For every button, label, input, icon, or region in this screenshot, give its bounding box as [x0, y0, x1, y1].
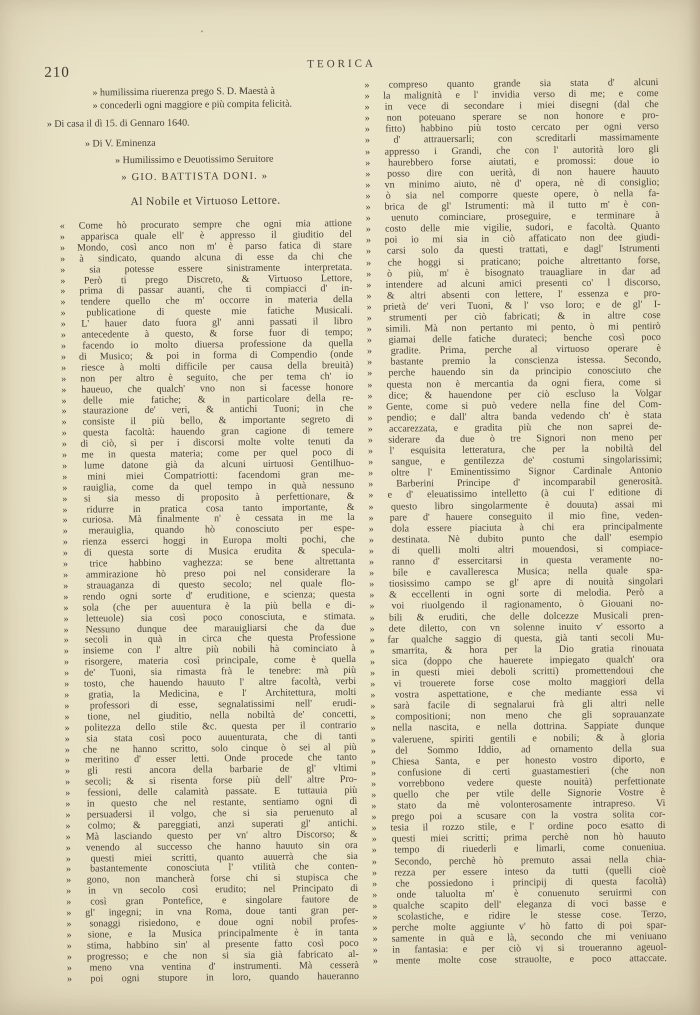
page-number: 210 [44, 65, 70, 82]
book-page-scan: 210 TEORICA » humilissima riuerenza preg… [0, 0, 700, 1015]
letter-closing: » humilissima riuerenza prego S. D. Maes… [58, 84, 351, 185]
paper-speck [239, 89, 242, 92]
text-line: » mente molte cose strauolte, e poco att… [373, 953, 667, 967]
section-heading: Al Nobile et Virtuoso Lettore. [59, 194, 351, 209]
page-content: 210 TEORICA » humilissima riuerenza preg… [0, 0, 700, 1015]
dateline: » Di casa il dì 15. di Gennaro 1640. [47, 115, 351, 131]
running-head: TEORICA [307, 58, 376, 71]
left-column-text: « Come hò procurato sempre che ogni mia … [60, 219, 359, 985]
paper-speck [201, 30, 203, 32]
text-line: » poi ogni stupore in loro, quando hauer… [67, 971, 359, 985]
closing-line: » concederli ogni maggiore e più compita… [59, 97, 351, 113]
signature: » GIO. BATTISTA DONI. » [59, 169, 351, 185]
valediction: » Humilissimo e Deuotissimo Seruitore [59, 152, 351, 168]
right-column: » compreso quanto grande sia stata d' al… [364, 77, 667, 967]
left-column: » humilissima riuerenza prego S. D. Maes… [58, 84, 359, 985]
right-column-text: » compreso quanto grande sia stata d' al… [364, 77, 667, 967]
scan-edge-shadow [688, 0, 700, 1015]
salutation: » Di V. Eminenza [59, 135, 351, 151]
